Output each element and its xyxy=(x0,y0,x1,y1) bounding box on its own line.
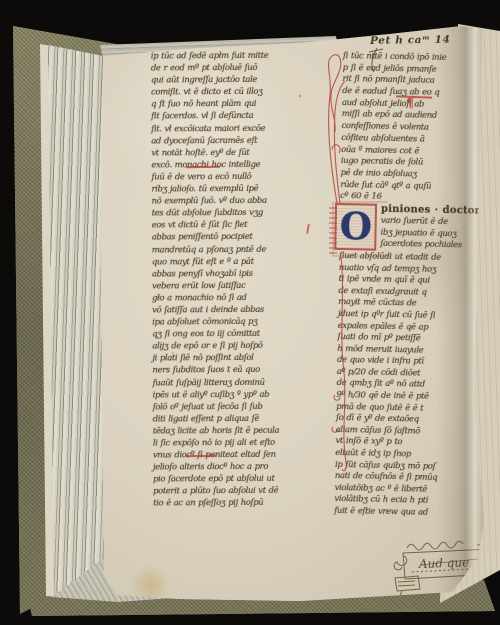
manuscript-photo: Pet h caᵐ 14 ip tūc ad ſedē apłm fuit mi… xyxy=(0,0,500,625)
text-block: ſiuet abſolūdi ut etadit denuatio vſq ad… xyxy=(334,251,477,520)
manuscript-text-line: ſit. vł excōicata maiori excōe xyxy=(151,122,319,135)
manuscript-text-line: ſacerdotes pochiales xyxy=(380,239,487,253)
incipit-row: O piniones · doctorū vario ſuerūt ē deib… xyxy=(339,203,478,254)
text-column-right: ſi tūc nttē i condō ipō iniep ſi ē ead j… xyxy=(334,51,481,520)
manuscript-text-line: ipa abſoluet cōmonicāq pʒ xyxy=(152,316,320,329)
illuminated-initial: O xyxy=(334,203,377,251)
manuscript-text-line: nō exemplū ſuō. vº duo abba xyxy=(152,195,320,208)
manuscript-text-line: qui aūt ingreſſa jactōo tale xyxy=(151,74,319,87)
manuscript-text-line: eos vt dictū ē ſūt ſic fiet xyxy=(152,219,320,232)
manuscript-text-line: quo mayt fūt eſt e º a pāt xyxy=(152,255,320,268)
manuscript-text-line: ſolō oº jeſuat ut ſecōa ſi ſub xyxy=(153,400,321,413)
initial-letter: O xyxy=(339,208,372,246)
catchword: Aud que xyxy=(418,555,470,571)
manuscript-text-line: ners ſubditos ſuos t eā quo xyxy=(152,364,320,377)
manuscript-text-line: tes dūt abſolue ſubditos vʒg xyxy=(152,207,320,220)
manuscript-text-line: qʒ ſi ong eos to iij cōmittat xyxy=(152,328,320,341)
manuscript-text-line: vt notāt hoſtē. eyº de ſūt xyxy=(151,146,319,159)
manuscript-text-line: ad dyoceſanū ſacramēs eſt xyxy=(151,134,319,147)
manuscript-text-line: comiſit. vt ē dicto et cū illoʒ xyxy=(151,86,319,99)
manuscript-text-line: li ſic expōſo nō io pij ali et eſto xyxy=(153,437,321,450)
manuscript-text-line: q ſt ſuo nō heant plām qui xyxy=(151,98,319,111)
manuscript-text-line: fuaūt ſuſpāij litteraʒ dominū xyxy=(153,376,321,389)
running-title: Pet h caᵐ 14 xyxy=(370,33,480,47)
paraph-mark: ¶ xyxy=(406,96,414,111)
manuscript-text-line: ji plati ſiē nō poſſint abſol xyxy=(152,352,320,365)
manuscript-text-line: ip tūc ad ſedē apłm fuit mitte xyxy=(151,50,319,63)
manuscript-text-line: vō ſatiſſa aut i deinde abbas xyxy=(152,304,320,317)
text-block: ſi tūc nttē i condō ipō iniep ſi ē ead j… xyxy=(340,51,481,206)
manuscript-text-line: de r eod mº pt abſoluē ſuō xyxy=(151,62,319,75)
manuscript-text-line: ribʒ jalioſo. tū exemplū ipē xyxy=(151,183,319,196)
manuscript-text-line: tēdaʒ licite ab horis ſit ē pecula xyxy=(153,424,321,437)
text-column-left: ip tūc ad ſedē apłm fuit mittede r eod m… xyxy=(151,50,321,510)
ink-speck xyxy=(172,352,174,354)
manuscript-text-line: abbas peniſſentō pocipiet xyxy=(152,231,320,244)
manuscript-text-line: excō. monachi hoc intellige xyxy=(151,158,319,171)
initial-wrap-block: piniones · doctorū vario ſuerūt ē deibʒ … xyxy=(376,204,488,254)
manuscript-text-line: mandretūq a pſonaʒ pntē de xyxy=(152,243,320,256)
manuscript-text-line: ſuū ē de vero a ecō nullō xyxy=(151,170,319,183)
manuscript-text-line: tio ē ac an pſeſſoʒ pij hoſpū xyxy=(153,497,321,510)
manuscript-text-line: vnus diocº ſi peniteat eltad ſen xyxy=(153,449,321,462)
manuscript-text-line: ipēs ut ē aliyº cuſibʒ º ypº ab xyxy=(153,388,321,401)
manuscript-text-line: alijʒ de epō or e ſi pij hoſpō xyxy=(152,340,320,353)
ink-speck xyxy=(299,95,301,97)
text-block: vario ſuerūt ē deibʒ jepuatio ē quoʒſace… xyxy=(380,216,487,253)
manuscript-text-line: abbas penyſī vhoʒabī ipis xyxy=(152,267,320,280)
manuscript-text-line: vebera erūt low ſatiſfac xyxy=(152,279,320,292)
manuscript-text-line: fit ſacerdos. vł ſi defūncta xyxy=(151,110,319,123)
manuscript-text-line: diti ligati eſſent p aliqua ſē xyxy=(153,412,321,425)
manuscript-text-line: pio ſacerdote epō pt abſolui ut xyxy=(153,473,321,486)
manuscript-text-line: jelioſo alteris diocº hoc a pro xyxy=(153,461,321,474)
manuscript-text-line: poterit a plūto ſuo abſolui vt dē xyxy=(153,485,321,498)
manuscript-text-line: gło a monachio nō ſi ad xyxy=(152,291,320,304)
manuscript-text-line: fuit ē eſtie vrew qua ad xyxy=(334,506,472,520)
